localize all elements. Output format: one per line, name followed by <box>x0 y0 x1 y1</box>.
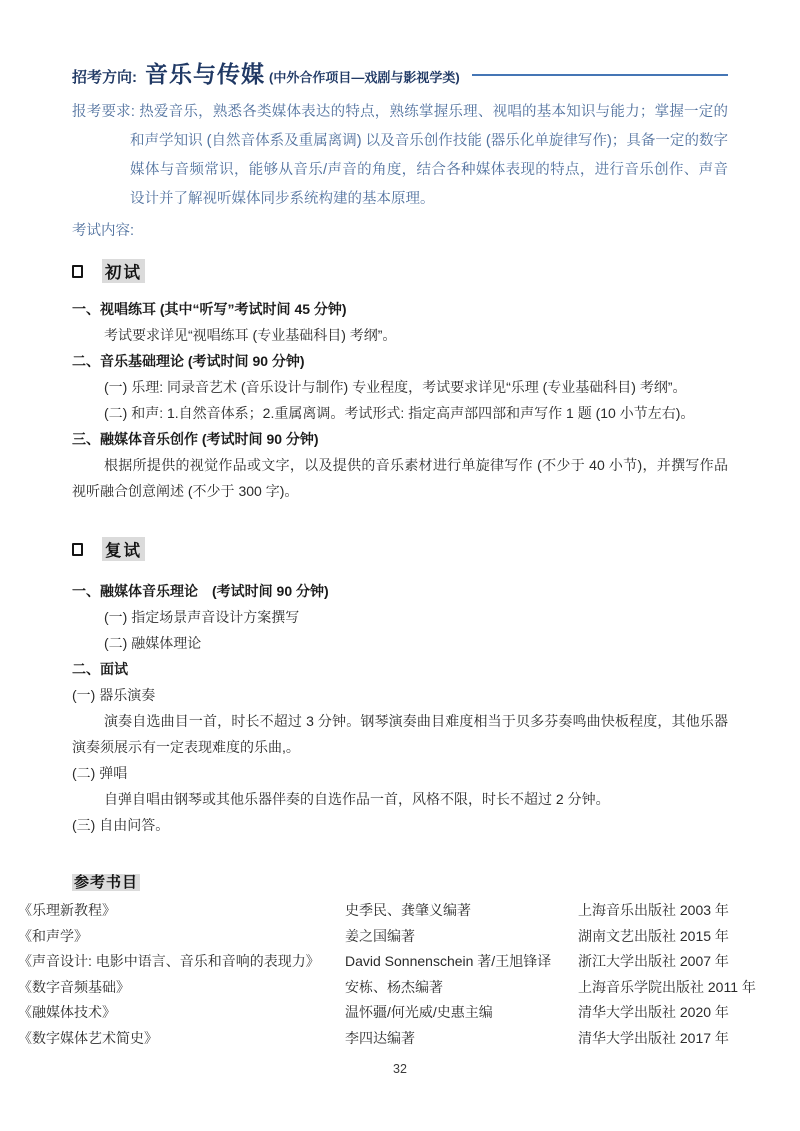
book-title: 《数字音频基础》 <box>18 975 345 1001</box>
book-author: 姜之国编著 <box>345 924 578 950</box>
book-publisher: 上海音乐出版社 2003 年 <box>578 898 740 924</box>
book-author: David Sonnenschein 著/王旭锋译 <box>345 949 578 975</box>
book-title: 《和声学》 <box>18 924 345 950</box>
document-content: 招考方向: 音乐与传媒 (中外合作项目—戏剧与影视学类) 报考要求: 热爱音乐，… <box>0 0 800 1051</box>
book-title: 《融媒体技术》 <box>18 1000 345 1026</box>
header-rule <box>472 74 728 76</box>
references-heading-text: 参考书目 <box>72 874 140 891</box>
round-title-primary: 初试 <box>102 259 145 283</box>
reference-book-list: 《乐理新教程》 史季民、龚肇义编著 上海音乐出版社 2003 年 《和声学》 姜… <box>18 898 740 1051</box>
section-subitem: (三) 自由问答。 <box>72 812 728 838</box>
section-heading: 二、面试 <box>72 656 728 682</box>
book-row: 《声音设计: 电影中语言、音乐和音响的表现力》 David Sonnensche… <box>18 949 740 975</box>
round-header-primary: 初试 <box>72 259 728 283</box>
doc-header: 招考方向: 音乐与传媒 (中外合作项目—戏剧与影视学类) <box>72 56 728 89</box>
section-heading: 二、音乐基础理论 (考试时间 90 分钟) <box>72 348 728 374</box>
section-heading: 一、视唱练耳 (其中“听写”考试时间 45 分钟) <box>72 296 728 322</box>
section-subitem: (一) 器乐演奏 <box>72 682 728 708</box>
page-number: 32 <box>0 1062 800 1076</box>
section-paragraph: 根据所提供的视觉作品或文字，以及提供的音乐素材进行单旋律写作 (不少于 40 小… <box>72 452 728 504</box>
section-subitem: (二) 融媒体理论 <box>104 630 728 656</box>
requirements-text: 热爱音乐，熟悉各类媒体表达的特点，熟练掌握乐理、视唱的基本知识与能力；掌握一定的… <box>130 104 728 207</box>
doc-header-text: 招考方向: 音乐与传媒 (中外合作项目—戏剧与影视学类) <box>72 56 460 89</box>
book-title: 《声音设计: 电影中语言、音乐和音响的表现力》 <box>18 949 345 975</box>
section-heading: 一、融媒体音乐理论 (考试时间 90 分钟) <box>72 578 728 604</box>
section-subitem: (二) 弹唱 <box>72 760 728 786</box>
book-author: 温怀疆/何光威/史惠主编 <box>345 1000 578 1026</box>
direction-label: 招考方向: <box>72 66 137 87</box>
page-title: 音乐与传媒 <box>145 56 265 89</box>
section-subitem: (二) 和声: 1.自然音体系；2.重属离调。考试形式: 指定高声部四部和声写作… <box>104 400 728 426</box>
book-row: 《数字媒体艺术简史》 李四达编著 清华大学出版社 2017 年 <box>18 1026 740 1052</box>
section-paragraph: 自弹自唱由钢琴或其他乐器伴奏的自选作品一首，风格不限，时长不超过 2 分钟。 <box>72 786 728 812</box>
book-row: 《乐理新教程》 史季民、龚肇义编著 上海音乐出版社 2003 年 <box>18 898 740 924</box>
checkbox-icon <box>72 543 83 556</box>
section-subitem: (一) 乐理: 同录音艺术 (音乐设计与制作) 专业程度，考试要求详见“乐理 (… <box>104 374 728 400</box>
book-publisher: 湖南文艺出版社 2015 年 <box>578 924 740 950</box>
section-body: 考试要求详见“视唱练耳 (专业基础科目) 考纲”。 <box>72 322 728 348</box>
book-title: 《数字媒体艺术简史》 <box>18 1026 345 1052</box>
requirements-label: 报考要求: <box>72 104 139 120</box>
book-row: 《和声学》 姜之国编著 湖南文艺出版社 2015 年 <box>18 924 740 950</box>
section-subitem: (一) 指定场景声音设计方案撰写 <box>104 604 728 630</box>
round-header-secondary: 复试 <box>72 537 728 561</box>
book-author: 李四达编著 <box>345 1026 578 1052</box>
document-page: 招考方向: 音乐与传媒 (中外合作项目—戏剧与影视学类) 报考要求: 热爱音乐，… <box>0 0 800 1131</box>
book-publisher: 清华大学出版社 2020 年 <box>578 1000 740 1026</box>
book-author: 史季民、龚肇义编著 <box>345 898 578 924</box>
book-title: 《乐理新教程》 <box>18 898 345 924</box>
references-heading: 参考书目 <box>72 871 728 892</box>
round-title-secondary: 复试 <box>102 537 145 561</box>
book-author: 安栋、杨杰编著 <box>345 975 578 1001</box>
book-row: 《融媒体技术》 温怀疆/何光威/史惠主编 清华大学出版社 2020 年 <box>18 1000 740 1026</box>
section-heading: 三、融媒体音乐创作 (考试时间 90 分钟) <box>72 426 728 452</box>
book-row: 《数字音频基础》 安栋、杨杰编著 上海音乐学院出版社 2011 年 <box>18 975 740 1001</box>
exam-content-label: 考试内容: <box>72 219 728 243</box>
checkbox-icon <box>72 265 83 278</box>
book-publisher: 清华大学出版社 2017 年 <box>578 1026 740 1052</box>
page-subtitle: (中外合作项目—戏剧与影视学类) <box>269 67 460 86</box>
book-publisher: 浙江大学出版社 2007 年 <box>578 949 740 975</box>
book-publisher: 上海音乐学院出版社 2011 年 <box>578 975 756 1001</box>
section-paragraph: 演奏自选曲目一首，时长不超过 3 分钟。钢琴演奏曲目难度相当于贝多芬奏鸣曲快板程… <box>72 708 728 760</box>
application-requirements: 报考要求: 热爱音乐，熟悉各类媒体表达的特点，熟练掌握乐理、视唱的基本知识与能力… <box>72 98 728 214</box>
